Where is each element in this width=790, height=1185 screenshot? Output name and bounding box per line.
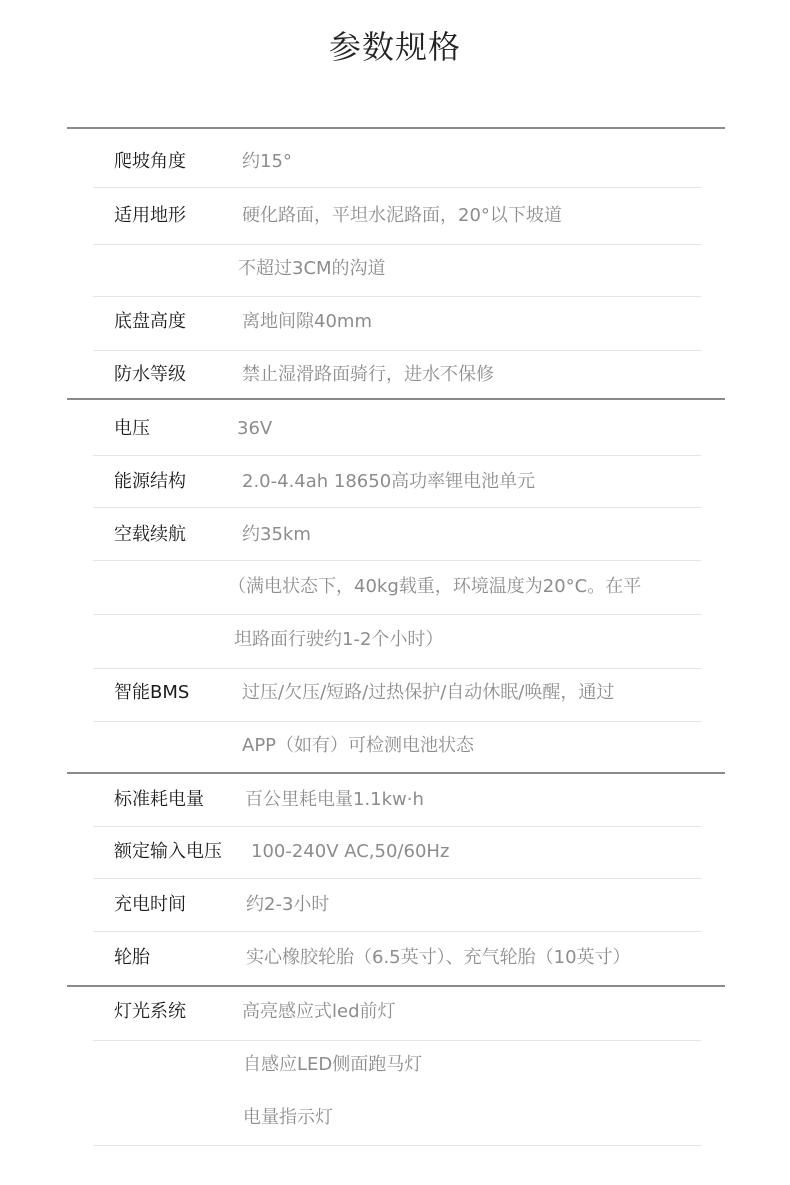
row-divider [93, 668, 701, 669]
page-title: 参数规格 [0, 22, 790, 68]
spec-label-tires: 轮胎 [114, 946, 150, 970]
spec-value-voltage: 36V [237, 417, 272, 441]
spec-value-climb-angle: 约15° [242, 150, 292, 174]
spec-value-charge-time: 约2-3小时 [246, 893, 329, 917]
spec-value-lighting-side: 自感应LED侧面跑马灯 [243, 1053, 422, 1077]
spec-label-lighting: 灯光系统 [114, 1000, 186, 1024]
section-divider [67, 398, 725, 400]
row-divider [93, 560, 701, 561]
spec-value-bms-cont: APP（如有）可检测电池状态 [242, 734, 474, 758]
row-divider [93, 507, 701, 508]
row-divider [93, 244, 701, 245]
row-divider [93, 187, 701, 188]
row-divider [93, 1145, 701, 1146]
row-divider [93, 296, 701, 297]
row-divider [93, 455, 701, 456]
spec-value-tires: 实心橡胶轮胎（6.5英寸）、充气轮胎（10英寸） [246, 946, 631, 970]
spec-label-bms: 智能BMS [114, 681, 189, 705]
spec-value-lighting: 高亮感应式led前灯 [242, 1000, 396, 1024]
spec-value-bms: 过压/欠压/短路/过热保护/自动休眠/唤醒，通过 [242, 681, 614, 705]
spec-value-terrain: 硬化路面，平坦水泥路面，20°以下坡道 [242, 204, 562, 228]
row-divider [93, 878, 701, 879]
spec-value-input-voltage: 100-240V AC,50/60Hz [251, 840, 449, 864]
spec-label-range: 空载续航 [114, 523, 186, 547]
spec-label-terrain: 适用地形 [114, 204, 186, 228]
spec-label-waterproof: 防水等级 [114, 363, 186, 387]
spec-value-chassis-height: 离地间隙40mm [242, 310, 372, 334]
spec-value-energy-structure: 2.0-4.4ah 18650高功率锂电池单元 [242, 470, 535, 494]
spec-label-voltage: 电压 [114, 417, 150, 441]
row-divider [93, 826, 701, 827]
spec-label-input-voltage: 额定输入电压 [114, 840, 222, 864]
row-divider [93, 931, 701, 932]
spec-value-range-note-1: （满电状态下，40kg载重，环境温度为20°C。在平 [228, 575, 641, 599]
spec-label-power-consumption: 标准耗电量 [114, 788, 204, 812]
spec-value-terrain-cont: 不超过3CM的沟道 [238, 257, 386, 281]
section-divider [67, 127, 725, 129]
spec-value-power-consumption: 百公里耗电量1.1kw·h [245, 788, 424, 812]
spec-label-energy-structure: 能源结构 [114, 470, 186, 494]
spec-label-climb-angle: 爬坡角度 [114, 150, 186, 174]
spec-value-range-note-2: 坦路面行驶约1-2个小时） [234, 628, 443, 652]
row-divider [93, 350, 701, 351]
spec-value-range: 约35km [242, 523, 311, 547]
spec-value-lighting-indicator: 电量指示灯 [243, 1106, 333, 1130]
section-divider [67, 772, 725, 774]
row-divider [93, 721, 701, 722]
row-divider [93, 614, 701, 615]
section-divider [67, 985, 725, 987]
spec-label-chassis-height: 底盘高度 [114, 310, 186, 334]
spec-value-waterproof: 禁止湿滑路面骑行，进水不保修 [242, 363, 494, 387]
spec-label-charge-time: 充电时间 [114, 893, 186, 917]
row-divider [93, 1040, 701, 1041]
